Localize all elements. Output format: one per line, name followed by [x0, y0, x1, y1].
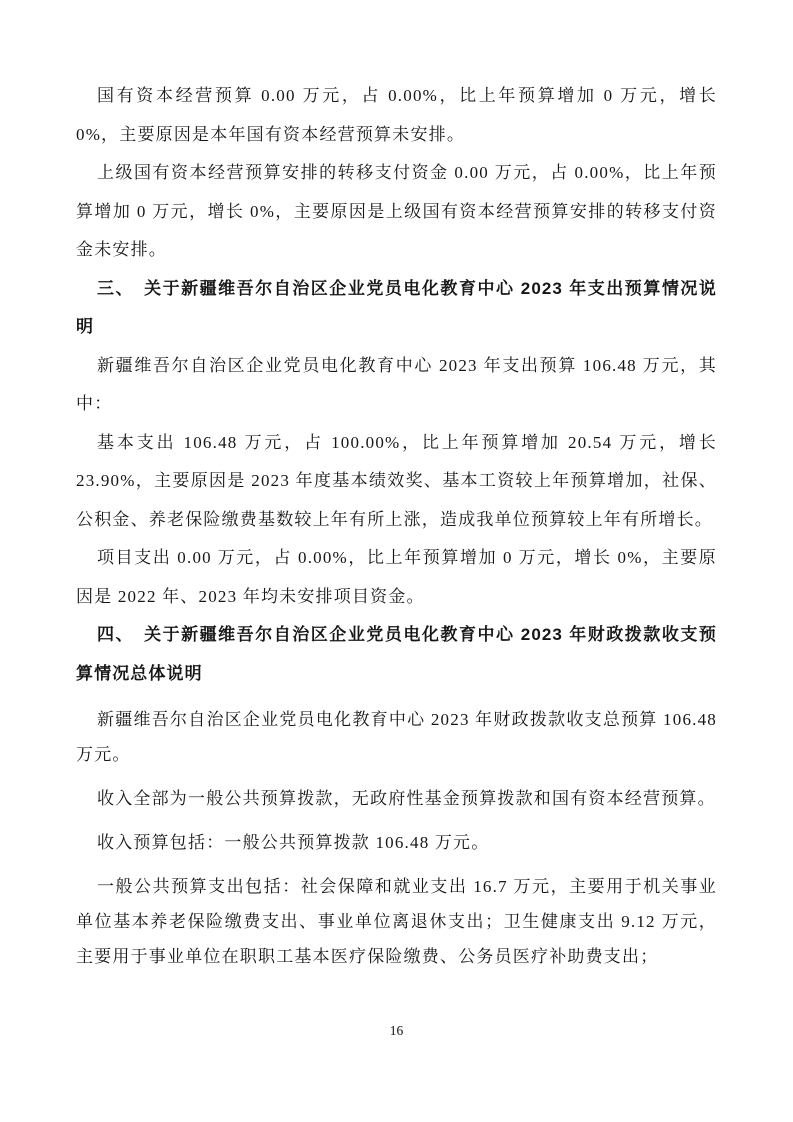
paragraph-income-source: 收入全部为一般公共预算拨款，无政府性基金预算拨款和国有资本经营预算。	[76, 781, 717, 816]
page-number: 16	[0, 1021, 793, 1041]
section-heading-4: 四、 关于新疆维吾尔自治区企业党员电化教育中心 2023 年财政拨款收支预算情况…	[76, 616, 717, 693]
paragraph-income-budget-includes: 收入预算包括：一般公共预算拨款 106.48 万元。	[76, 825, 717, 860]
document-body: 国有资本经营预算 0.00 万元，占 0.00%，比上年预算增加 0 万元，增长…	[76, 77, 717, 974]
paragraph-project-expenditure: 项目支出 0.00 万元，占 0.00%，比上年预算增加 0 万元，增长 0%，…	[76, 539, 717, 616]
paragraph-superior-transfer-funds: 上级国有资本经营预算安排的转移支付资金 0.00 万元，占 0.00%，比上年预…	[76, 154, 717, 270]
section-heading-3: 三、 关于新疆维吾尔自治区企业党员电化教育中心 2023 年支出预算情况说明	[76, 270, 717, 347]
document-page: 国有资本经营预算 0.00 万元，占 0.00%，比上年预算增加 0 万元，增长…	[0, 0, 793, 1122]
paragraph-state-capital-budget: 国有资本经营预算 0.00 万元，占 0.00%，比上年预算增加 0 万元，增长…	[76, 77, 717, 154]
paragraph-expenditure-total: 新疆维吾尔自治区企业党员电化教育中心 2023 年支出预算 106.48 万元，…	[76, 347, 717, 424]
paragraph-basic-expenditure: 基本支出 106.48 万元，占 100.00%，比上年预算增加 20.54 万…	[76, 424, 717, 540]
paragraph-fiscal-total-budget: 新疆维吾尔自治区企业党员电化教育中心 2023 年财政拨款收支总预算 106.4…	[76, 702, 717, 772]
paragraph-public-budget-expenditure: 一般公共预算支出包括：社会保障和就业支出 16.7 万元，主要用于机关事业单位基…	[76, 869, 717, 974]
